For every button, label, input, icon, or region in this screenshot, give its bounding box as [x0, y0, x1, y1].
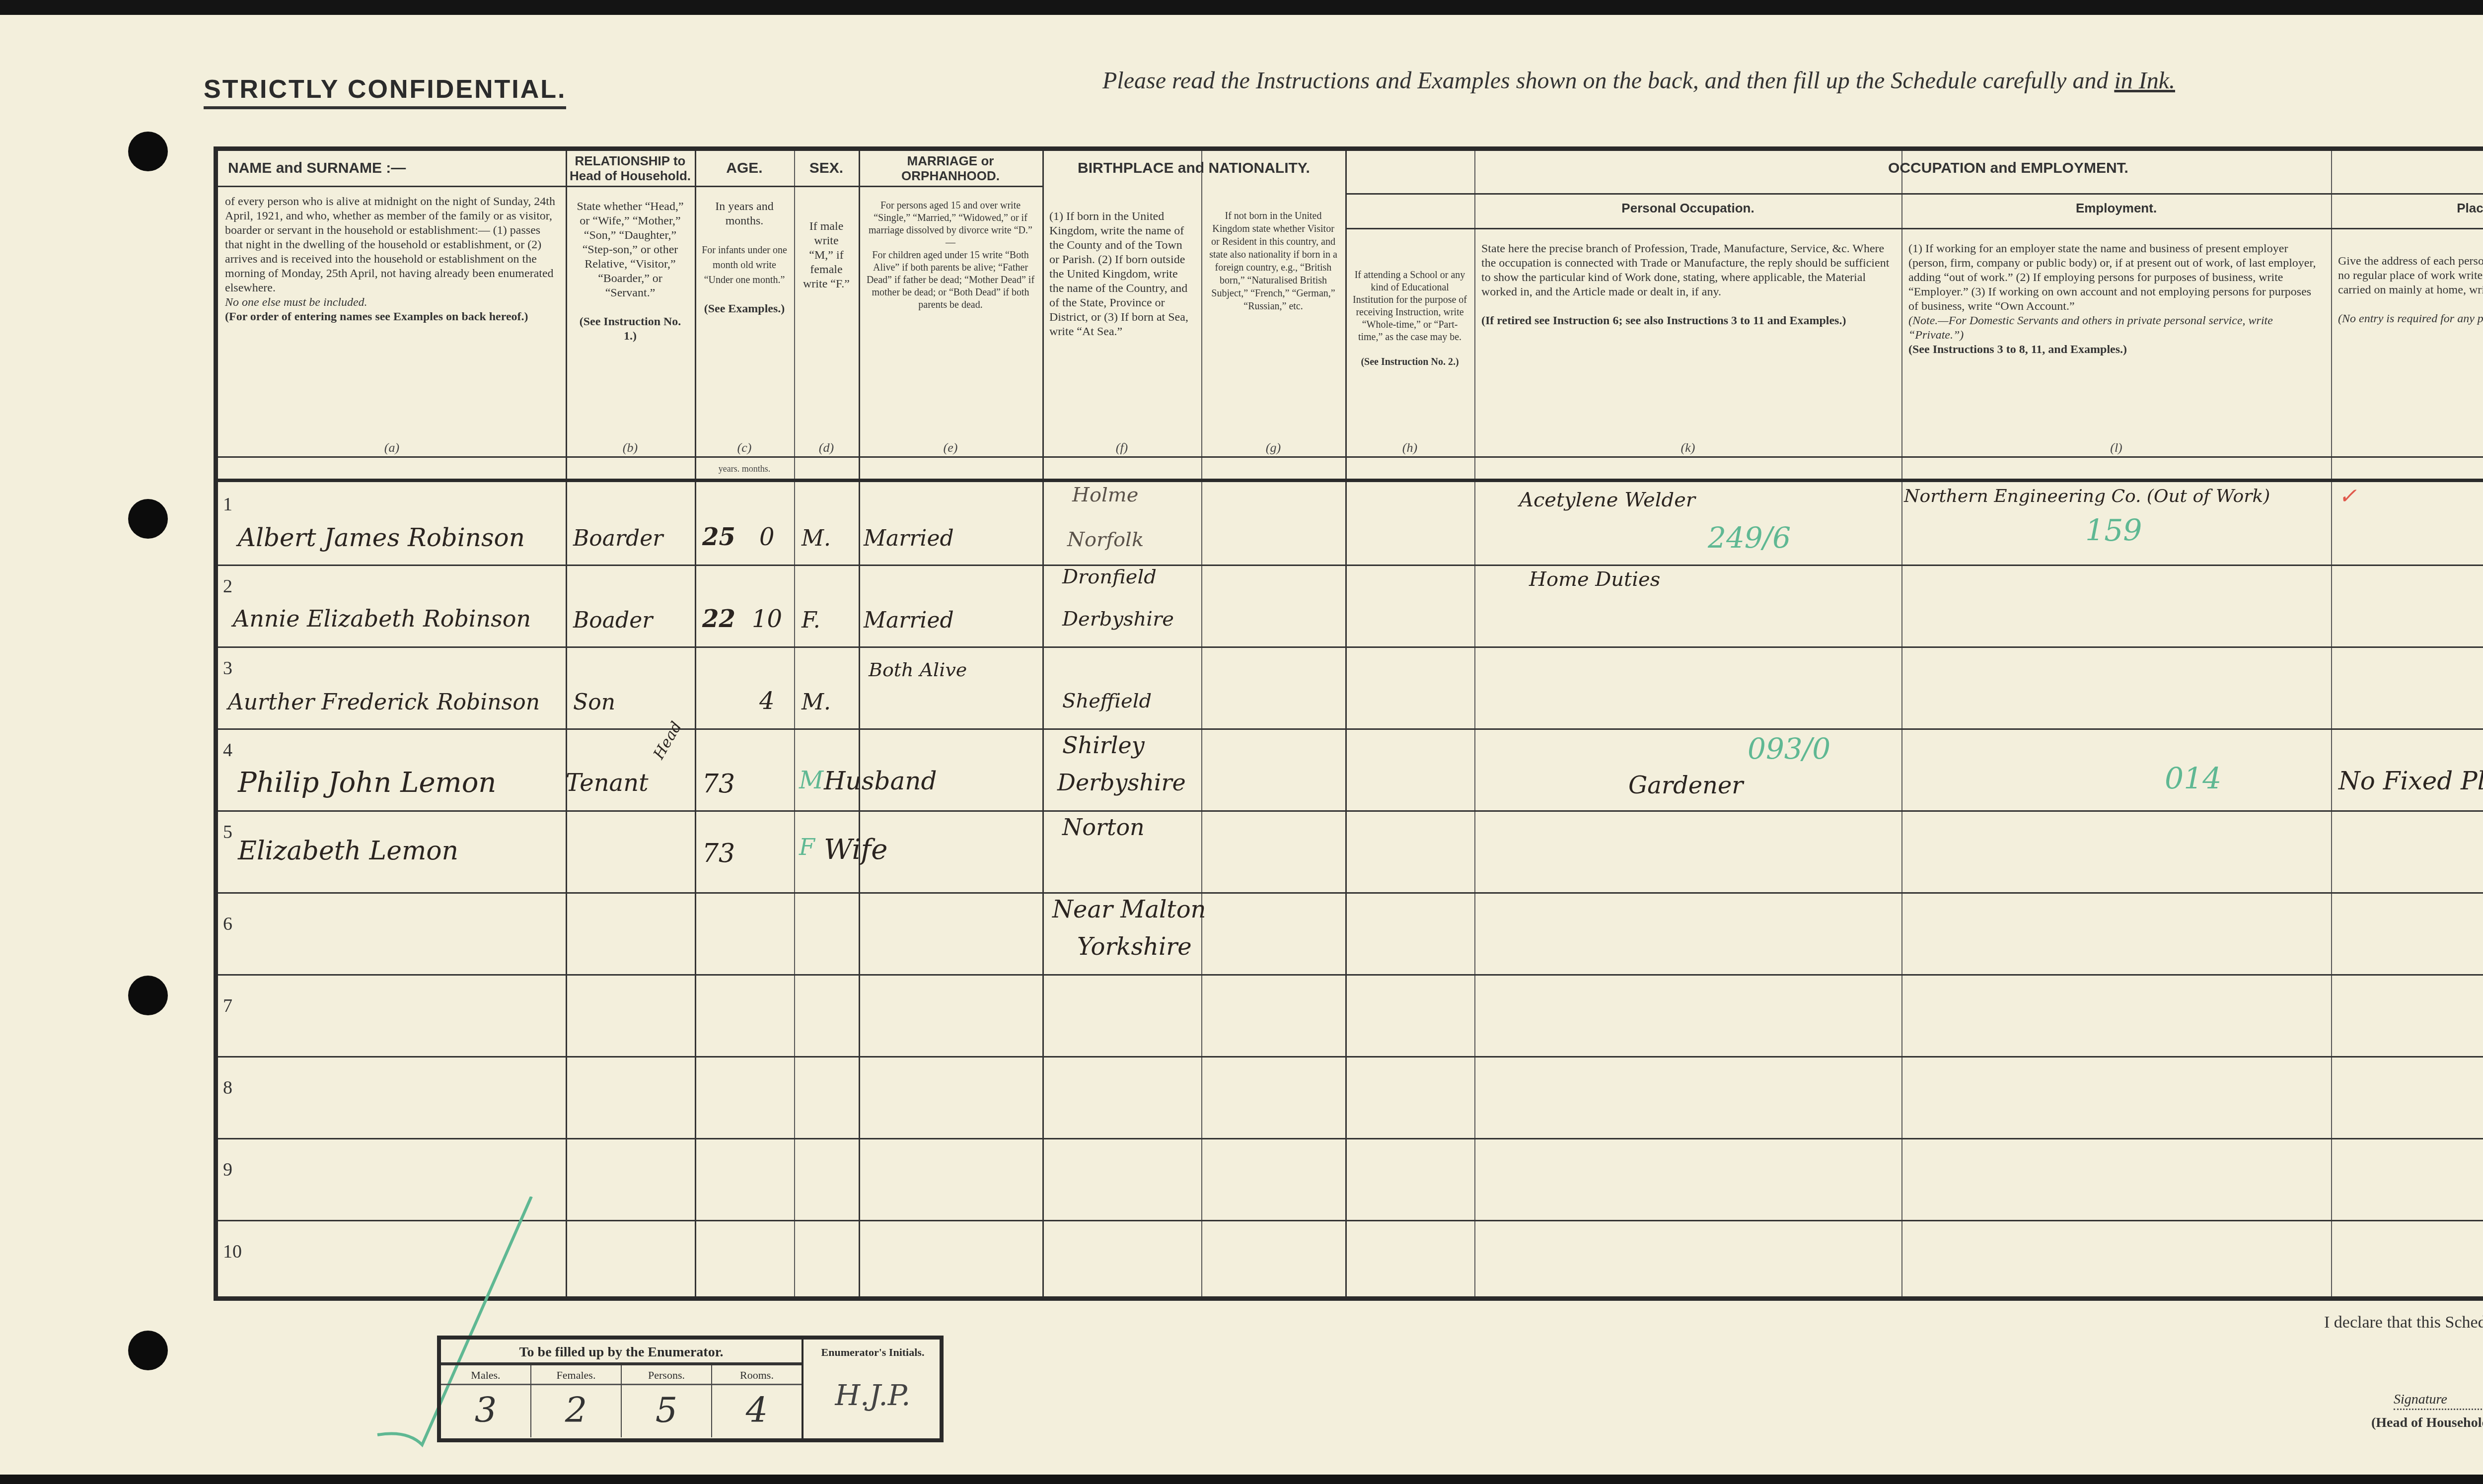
instructions-line: Please read the Instructions and Example…: [1102, 67, 2175, 94]
row-number: 1: [223, 494, 232, 515]
age-years: 73: [702, 769, 735, 799]
employment-code: 014: [2165, 762, 2222, 796]
col-letter-f: (f): [1042, 440, 1201, 455]
relationship-correction: Head: [650, 719, 685, 763]
instructions-text: Please read the Instructions and Example…: [1102, 68, 2108, 94]
marital-status: Married: [864, 608, 954, 633]
summary-title: To be filled up by the Enumerator.: [441, 1340, 802, 1365]
birthplace-county: Derbyshire: [1062, 608, 1174, 631]
declaration-text: I declare that this Schedule is correctl…: [2324, 1313, 2483, 1332]
age-years: 73: [702, 839, 735, 868]
age-years: 22: [702, 605, 735, 633]
birthplace-town: Dronfield: [1062, 565, 1157, 588]
col-h-instructions: If attending a School or any kind of Edu…: [1345, 265, 1474, 372]
enumerator-summary-box: To be filled up by the Enumerator. Males…: [437, 1336, 944, 1442]
occupation-code: 249/6: [1708, 521, 1791, 555]
col-c-title: AGE.: [695, 161, 794, 176]
birthplace-town: Norton: [1062, 814, 1145, 841]
sex: M.: [802, 690, 831, 715]
col-letter-k: (k): [1474, 440, 1901, 455]
col-letter-m: (m): [2331, 440, 2483, 455]
years-months-label: years. months.: [695, 464, 794, 474]
col-letter-g: (g): [1201, 440, 1345, 455]
sex: F: [799, 834, 815, 860]
col-c-instructions: In years and months.For infants under on…: [695, 196, 794, 320]
age-months: 4: [759, 687, 775, 715]
col-letter-b: (b): [566, 440, 695, 455]
row-number: 5: [223, 821, 232, 843]
signature-line: Signature P. J. Lemon: [2394, 1375, 2483, 1410]
col-e-title: MARRIAGE or ORPHANHOOD.: [859, 153, 1042, 183]
col-m-instructions: Give the address of each person's place …: [2331, 250, 2483, 330]
row-number: 10: [223, 1241, 242, 1263]
punch-hole: [128, 132, 168, 171]
birthplace-county: Norfolk: [1067, 528, 1144, 551]
col-f-title: BIRTHPLACE and NATIONALITY.: [1042, 161, 1345, 176]
marital-status: Both Alive: [869, 652, 968, 687]
row-number: 4: [223, 739, 232, 761]
age-months: 0: [759, 523, 775, 551]
col-letter-c: (c): [695, 440, 794, 455]
punch-hole: [128, 1331, 168, 1370]
employment-code: 159: [2085, 513, 2142, 548]
col-letter-d: (d): [794, 440, 859, 455]
person-name: Philip John Lemon: [238, 767, 496, 799]
personal-occupation: Home Duties: [1529, 568, 1660, 591]
males-count: 3: [441, 1385, 530, 1435]
col-a-instructions: of every person who is alive at midnight…: [218, 191, 566, 454]
person-name: Annie Elizabeth Robinson: [233, 605, 531, 632]
sex: F.: [802, 608, 820, 633]
signature-caption: (Head of Household, Manager of Establish…: [2371, 1415, 2483, 1431]
persons-label: Persons.: [622, 1365, 711, 1385]
persons-count: 5: [622, 1385, 711, 1435]
person-name: Elizabeth Lemon: [238, 836, 458, 866]
relationship: Boader: [573, 608, 653, 633]
col-letter-a: (a): [218, 440, 566, 455]
birthplace-town: Shirley: [1062, 732, 1145, 759]
col-k-instructions: State here the precise branch of Profess…: [1474, 238, 1901, 332]
age-months: 10: [752, 605, 782, 633]
household-table: NAME and SURNAME :— of every person who …: [214, 146, 2483, 1301]
females-label: Females.: [531, 1365, 621, 1385]
confidential-heading: STRICTLY CONFIDENTIAL.: [204, 74, 566, 109]
sex: M: [799, 767, 823, 794]
row-number: 8: [223, 1077, 232, 1099]
relationship: Son: [573, 690, 615, 715]
punch-hole: [128, 976, 168, 1015]
col-b-instructions: State whether “Head,” or “Wife,” “Mother…: [566, 196, 695, 348]
marital-status: Wife: [824, 834, 887, 866]
occupation-code: 093/0: [1748, 732, 1830, 766]
person-name: Albert James Robinson: [238, 523, 525, 552]
col-m-title: Place of Work.: [2331, 201, 2483, 215]
instructions-emphasis: in Ink.: [2114, 68, 2175, 94]
personal-occupation: Gardener: [1628, 772, 1743, 799]
initials-label: Enumerator's Initials.: [806, 1340, 940, 1365]
col-k-title: Personal Occupation.: [1474, 201, 1901, 215]
col-letter-e: (e): [859, 440, 1042, 455]
birthplace-county: Yorkshire: [1077, 933, 1192, 961]
row-number: 6: [223, 913, 232, 935]
occupation-group-title: OCCUPATION and EMPLOYMENT.: [1345, 161, 2483, 176]
col-d-instructions: If male write “M,” if female write “F.”: [794, 215, 859, 295]
check-mark: ✓: [2338, 484, 2357, 509]
marital-status: Married: [864, 526, 954, 551]
birthplace-town: Holme: [1072, 484, 1138, 506]
rooms-count: 4: [712, 1385, 802, 1435]
row-number: 2: [223, 575, 232, 597]
col-l-instructions: (1) If working for an employer state the…: [1901, 238, 2331, 361]
females-count: 2: [531, 1385, 621, 1435]
col-l-title: Employment.: [1901, 201, 2331, 215]
males-label: Males.: [441, 1365, 530, 1385]
age-years: 25: [702, 523, 735, 551]
rooms-label: Rooms.: [712, 1365, 802, 1385]
sex: M.: [802, 526, 831, 551]
col-g-instructions: If not born in the United Kingdom state …: [1201, 206, 1345, 317]
person-name: Aurther Frederick Robinson: [228, 690, 540, 715]
birthplace-county: Derbyshire: [1057, 769, 1186, 796]
birthplace-town: Near Malton: [1052, 896, 1206, 923]
punch-hole: [128, 499, 168, 539]
employer: Northern Engineering Co. (Out of Work): [1904, 486, 2270, 506]
col-letter-l: (l): [1901, 440, 2331, 455]
place-of-work: No Fixed Place: [2338, 767, 2483, 795]
row-number: 3: [223, 657, 232, 679]
signature-label: Signature: [2394, 1392, 2447, 1408]
col-a-title: NAME and SURNAME :—: [228, 161, 556, 176]
birthplace-county: Sheffield: [1062, 690, 1152, 712]
col-b-title: RELATIONSHIP to Head of Household.: [566, 153, 695, 183]
col-letter-h: (h): [1345, 440, 1474, 455]
marital-status: Husband: [824, 767, 937, 795]
col-f-instructions: (1) If born in the United Kingdom, write…: [1042, 206, 1201, 343]
personal-occupation: Acetylene Welder: [1519, 489, 1695, 511]
enumerator-initials: H.J.P.: [806, 1365, 940, 1425]
col-d-title: SEX.: [794, 161, 859, 176]
row-number: 7: [223, 995, 232, 1017]
relationship: Tenant: [566, 769, 648, 797]
census-schedule-page: STRICTLY CONFIDENTIAL. Please read the I…: [0, 15, 2483, 1475]
col-e-instructions: For persons aged 15 and over write “Sing…: [859, 196, 1042, 315]
row-number: 9: [223, 1159, 232, 1181]
relationship: Boarder: [573, 526, 663, 551]
